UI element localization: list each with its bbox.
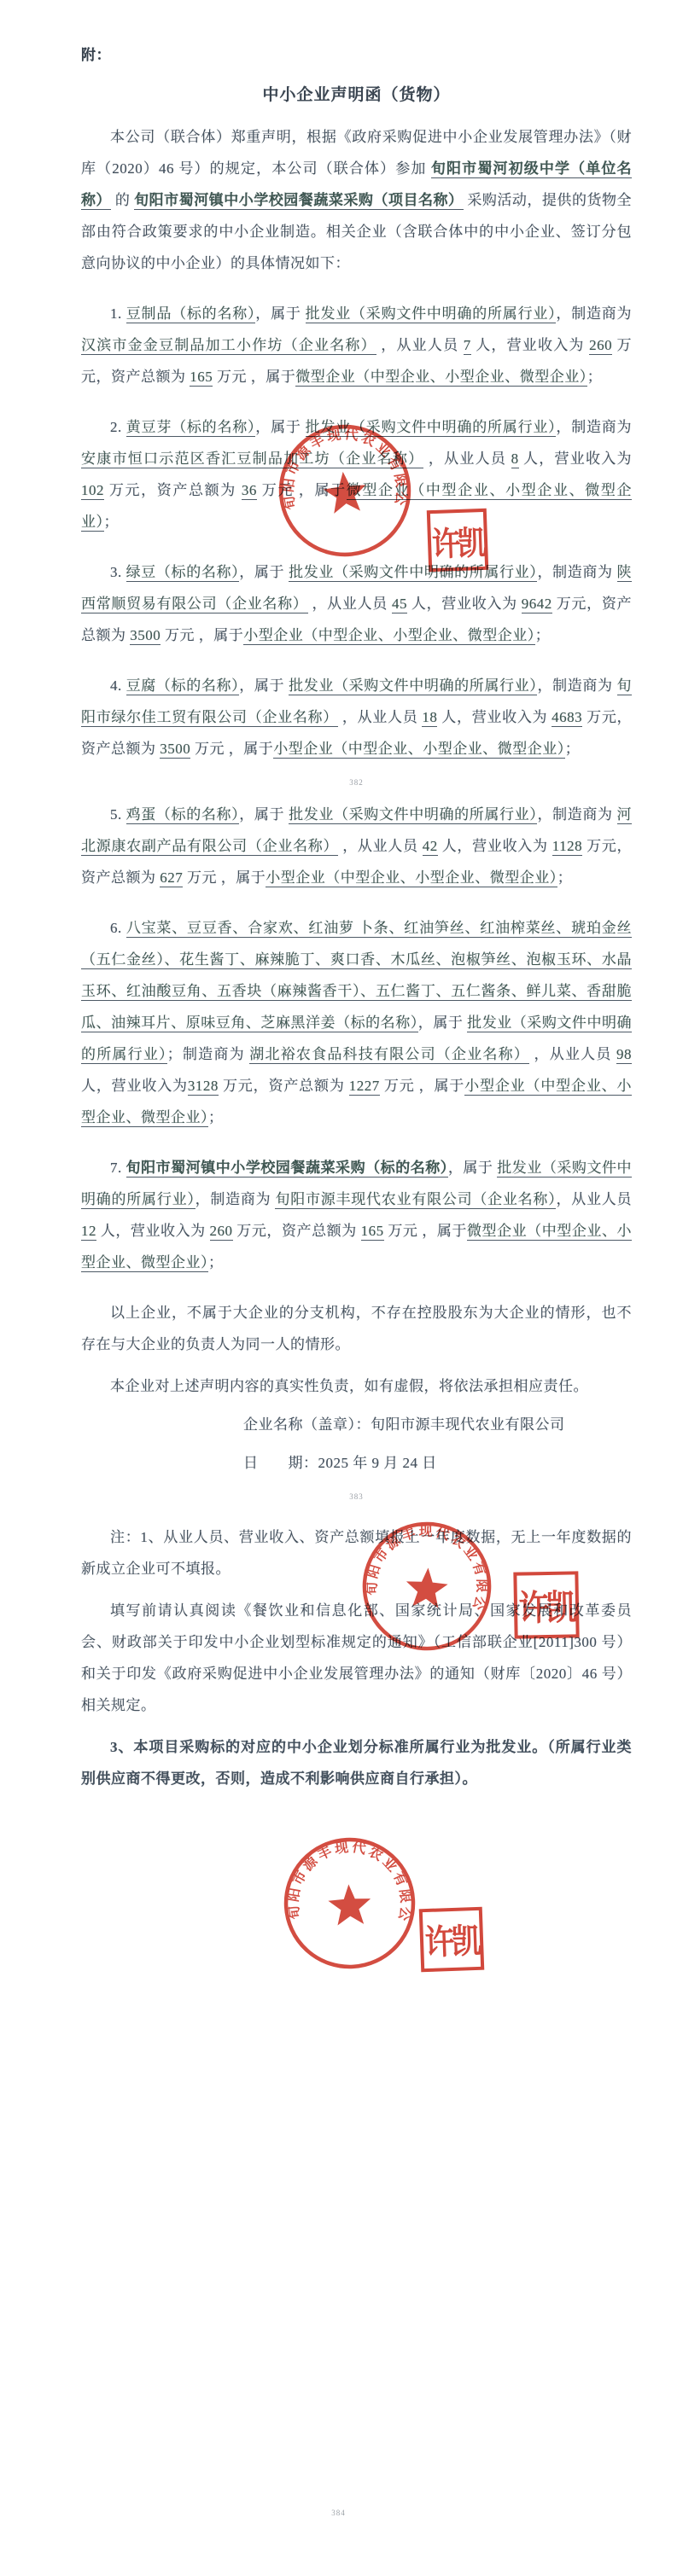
item-7-segment: 万元 ，属于 [384, 1223, 467, 1239]
closing-paragraph-1-segment: 以上企业，不属于大企业的分支机构，不存在控股股东为大企业的情形，也不存在与大企业… [81, 1305, 632, 1352]
note-3-segment: 3、本项目采购标的对应的中小企业划分标准所属行业为批发业。（所属行业类别供应商不… [81, 1739, 632, 1787]
item-6-segment: 98 [616, 1046, 632, 1064]
signature-company-line: 企业名称（盖章）：旬阳市源丰现代农业有限公司 [81, 1409, 632, 1440]
personal-seal-text: 许凯 [424, 1914, 480, 1965]
item-1: 1. 豆制品（标的名称），属于 批发业（采购文件中明确的所属行业），制造商为 汉… [81, 298, 632, 393]
item-7-segment: 165 [361, 1223, 384, 1241]
item-6-segment: 万元 ，属于 [380, 1078, 464, 1094]
item-2-segment: ，制造商为 [556, 419, 632, 435]
signature-date-line: 日 期：2025 年 9 月 24 日 [81, 1447, 632, 1479]
item-3-segment: 万元 ，属于 [160, 627, 243, 643]
item-1-segment: ，从业人员 [376, 337, 464, 353]
item-2-segment: 102 [81, 482, 104, 500]
item-1-segment: 人，营业收入为 [471, 337, 589, 353]
item-3: 3. 绿豆（标的名称），属于 批发业（采购文件中明确的所属行业），制造商为 陕西… [81, 556, 632, 651]
item-6-segment: 湖北裕农食品科技有限公司（企业名称） [249, 1046, 529, 1064]
item-5-segment: 42 [423, 838, 438, 856]
item-3-segment: ，制造商为 [537, 564, 616, 580]
item-3-segment: 3. [110, 564, 126, 580]
item-6-segment: 人，营业收入为 [81, 1078, 188, 1094]
item-5-segment: 627 [160, 869, 183, 887]
item-2-segment: ； [104, 514, 120, 530]
document-body: 附：中小企业声明函（货物）本公司（联合体）郑重声明，根据《政府采购促进中小企业发… [81, 39, 632, 1794]
seal-star-icon [405, 1567, 449, 1609]
item-3-segment: 小型企业（中型企业、小型企业、微型企业） [243, 627, 535, 645]
item-4-segment: ，制造商为 [537, 677, 616, 694]
page-number-383-segment: 383 [349, 1492, 364, 1501]
personal-seal-text: 许凯 [518, 1579, 575, 1631]
item-6-segment: ，属于 [418, 1015, 467, 1031]
item-5-segment: 鸡蛋（标的名称） [126, 806, 240, 824]
item-7-segment: ，属于 [448, 1160, 497, 1176]
item-1-segment: 批发业（采购文件中明确的所属行业） [306, 305, 557, 323]
item-1-segment: 7 [464, 337, 471, 355]
item-2-segment: 人，营业收入为 [519, 451, 632, 467]
attachment-label: 附： [81, 39, 632, 71]
item-6-segment: ，从业人员 [529, 1046, 616, 1062]
item-5-segment: ； [557, 869, 573, 886]
item-1-segment: ，制造商为 [556, 305, 632, 322]
item-6: 6. 八宝菜、豆豆香、合家欢、红油萝 卜条、红油笋丝、红油榨菜丝、琥珀金丝（五仁… [81, 912, 632, 1133]
item-5-segment: 万元 ，属于 [183, 869, 266, 886]
item-6-segment: ； [208, 1109, 224, 1125]
closing-paragraph-2-segment: 本企业对上述声明内容的真实性负责，如有虚假，将依法承担相应责任。 [110, 1378, 588, 1394]
item-3-segment: 批发业（采购文件中明确的所属行业） [289, 564, 537, 582]
signature-company-line-segment: 企业名称（盖章）：旬阳市源丰现代农业有限公司 [243, 1416, 565, 1433]
item-2-segment: ，从业人员 [423, 451, 511, 467]
item-7-segment: ，制造商为 [196, 1191, 276, 1207]
page-number-383: 383 [81, 1491, 632, 1503]
item-1-segment: ，属于 [255, 305, 305, 322]
item-3-segment: ； [535, 627, 551, 643]
item-5-segment: ，从业人员 [338, 838, 423, 854]
item-1-segment: 1. [110, 305, 126, 322]
item-7-segment: 旬阳市源丰现代农业有限公司（企业名称） [275, 1191, 556, 1209]
item-5-segment: 5. [110, 806, 126, 823]
item-1-segment: 万元 ，属于 [213, 369, 295, 385]
item-3-segment: ，属于 [239, 564, 289, 580]
item-5-segment: ，制造商为 [537, 806, 616, 823]
intro-paragraph-segment: 的 [111, 192, 134, 208]
personal-seal-text: 许凯 [431, 515, 484, 565]
item-7-segment: 人，营业收入为 [96, 1223, 210, 1239]
document-title: 中小企业声明函（货物） [81, 79, 632, 111]
item-4-segment: 批发业（采购文件中明确的所属行业） [289, 677, 537, 695]
signature-date-line-segment: 日 期：2025 年 9 月 24 日 [243, 1455, 437, 1471]
item-7-segment: 万元，资产总额为 [233, 1223, 361, 1239]
item-4-segment: 4683 [552, 709, 582, 727]
item-4-segment: 3500 [160, 741, 190, 759]
item-4-segment: ，属于 [239, 677, 289, 694]
declaration-document-page: 附：中小企业声明函（货物）本公司（联合体）郑重声明，根据《政府采购促进中小企业发… [0, 0, 677, 2576]
item-5-segment: ，属于 [239, 806, 289, 823]
company-seal-stamp-3: 旬阳市源丰现代农业有限公司 [277, 1830, 422, 1976]
item-6-segment: 6. [110, 920, 126, 936]
item-4-segment: 小型企业（中型企业、小型企业、微型企业） [273, 741, 565, 759]
document-title-segment: 中小企业声明函（货物） [262, 86, 450, 104]
item-7-segment: 旬阳市蜀河镇中小学校园餐蔬菜采购（标的名称） [126, 1160, 448, 1178]
item-4: 4. 豆腐（标的名称），属于 批发业（采购文件中明确的所属行业），制造商为 旬阳… [81, 670, 632, 765]
item-1-segment: 微型企业（中型企业、小型企业、微型企业） [295, 369, 587, 387]
item-1-segment: 豆制品（标的名称） [126, 305, 256, 323]
item-2-segment: 万元，资产总额为 [104, 482, 242, 498]
personal-seal-stamp-2: 许凯 [513, 1571, 579, 1638]
note-3: 3、本项目采购标的对应的中小企业划分标准所属行业为批发业。（所属行业类别供应商不… [81, 1731, 632, 1794]
attachment-label-segment: 附： [81, 47, 111, 63]
item-4-segment: ； [565, 741, 581, 757]
item-7-segment: ； [208, 1254, 224, 1271]
company-seal-stamp-1: 旬阳市源丰现代农业有限公司 [269, 415, 421, 567]
item-3-segment: 人，营业收入为 [407, 596, 522, 612]
item-5: 5. 鸡蛋（标的名称），属于 批发业（采购文件中明确的所属行业），制造商为 河北… [81, 799, 632, 893]
item-6-segment: ；制造商为 [167, 1046, 250, 1062]
item-2-segment: 8 [511, 451, 519, 468]
seal-star-icon [322, 469, 369, 515]
item-1-segment: 汉滨市金金豆制品加工小作坊（企业名称） [81, 337, 376, 355]
item-1-segment: 165 [190, 369, 213, 387]
item-4-segment: ，从业人员 [338, 709, 422, 725]
item-1-segment: 260 [589, 337, 612, 355]
item-7-segment: 7. [110, 1160, 126, 1176]
page-number-382: 382 [81, 776, 632, 788]
intro-paragraph-segment: 旬阳市蜀河镇中小学校园餐蔬菜采购（项目名称） [134, 192, 463, 210]
item-2-segment: 2. [110, 419, 126, 435]
closing-paragraph-1: 以上企业，不属于大企业的分支机构，不存在控股股东为大企业的情形，也不存在与大企业… [81, 1297, 632, 1360]
item-3-segment: 3500 [130, 627, 160, 645]
item-3-segment: 绿豆（标的名称） [126, 564, 240, 582]
item-4-segment: 人，营业收入为 [437, 709, 552, 725]
item-7-segment: ，从业人员 [556, 1191, 632, 1207]
item-4-segment: 豆腐（标的名称） [126, 677, 240, 695]
item-4-segment: 18 [422, 709, 437, 727]
intro-paragraph: 本公司（联合体）郑重声明，根据《政府采购促进中小企业发展管理办法》（财库（202… [81, 121, 632, 279]
item-2-segment: 黄豆芽（标的名称） [126, 419, 256, 437]
item-5-segment: 人，营业收入为 [438, 838, 552, 854]
item-6-segment: 1227 [349, 1078, 380, 1096]
item-3-segment: 45 [392, 596, 407, 613]
item-7-segment: 12 [81, 1223, 96, 1241]
item-5-segment: 批发业（采购文件中明确的所属行业） [289, 806, 537, 824]
item-7-segment: 260 [210, 1223, 233, 1241]
seal-star-icon [327, 1883, 371, 1926]
item-5-segment: 1128 [552, 838, 582, 856]
company-seal-stamp-2: 旬阳市源丰现代农业有限公司 [353, 1514, 502, 1658]
item-3-segment: ，从业人员 [308, 596, 392, 612]
item-4-segment: 4. [110, 677, 126, 694]
page-number-382-segment: 382 [349, 778, 364, 787]
item-4-segment: 万元 ，属于 [190, 741, 273, 757]
note-1-segment: 注：1、从业人员、营业收入、资产总额填报上一年度数据，无上一年度数据的新成立企业… [81, 1529, 632, 1577]
closing-paragraph-2: 本企业对上述声明内容的真实性负责，如有虚假，将依法承担相应责任。 [81, 1370, 632, 1402]
item-6-segment: 3128 [188, 1078, 219, 1096]
item-7: 7. 旬阳市蜀河镇中小学校园餐蔬菜采购（标的名称），属于 批发业（采购文件中明确… [81, 1152, 632, 1278]
personal-seal-stamp-1: 许凯 [427, 509, 488, 572]
personal-seal-stamp-3: 许凯 [419, 1907, 485, 1973]
item-5-segment: 小型企业（中型企业、小型企业、微型企业） [266, 869, 557, 887]
page-number-384: 384 [0, 2509, 677, 2517]
item-1-segment: ； [587, 369, 603, 385]
item-2-segment: 36 [242, 482, 257, 500]
item-3-segment: 9642 [522, 596, 552, 613]
item-6-segment: 万元，资产总额为 [219, 1078, 349, 1094]
